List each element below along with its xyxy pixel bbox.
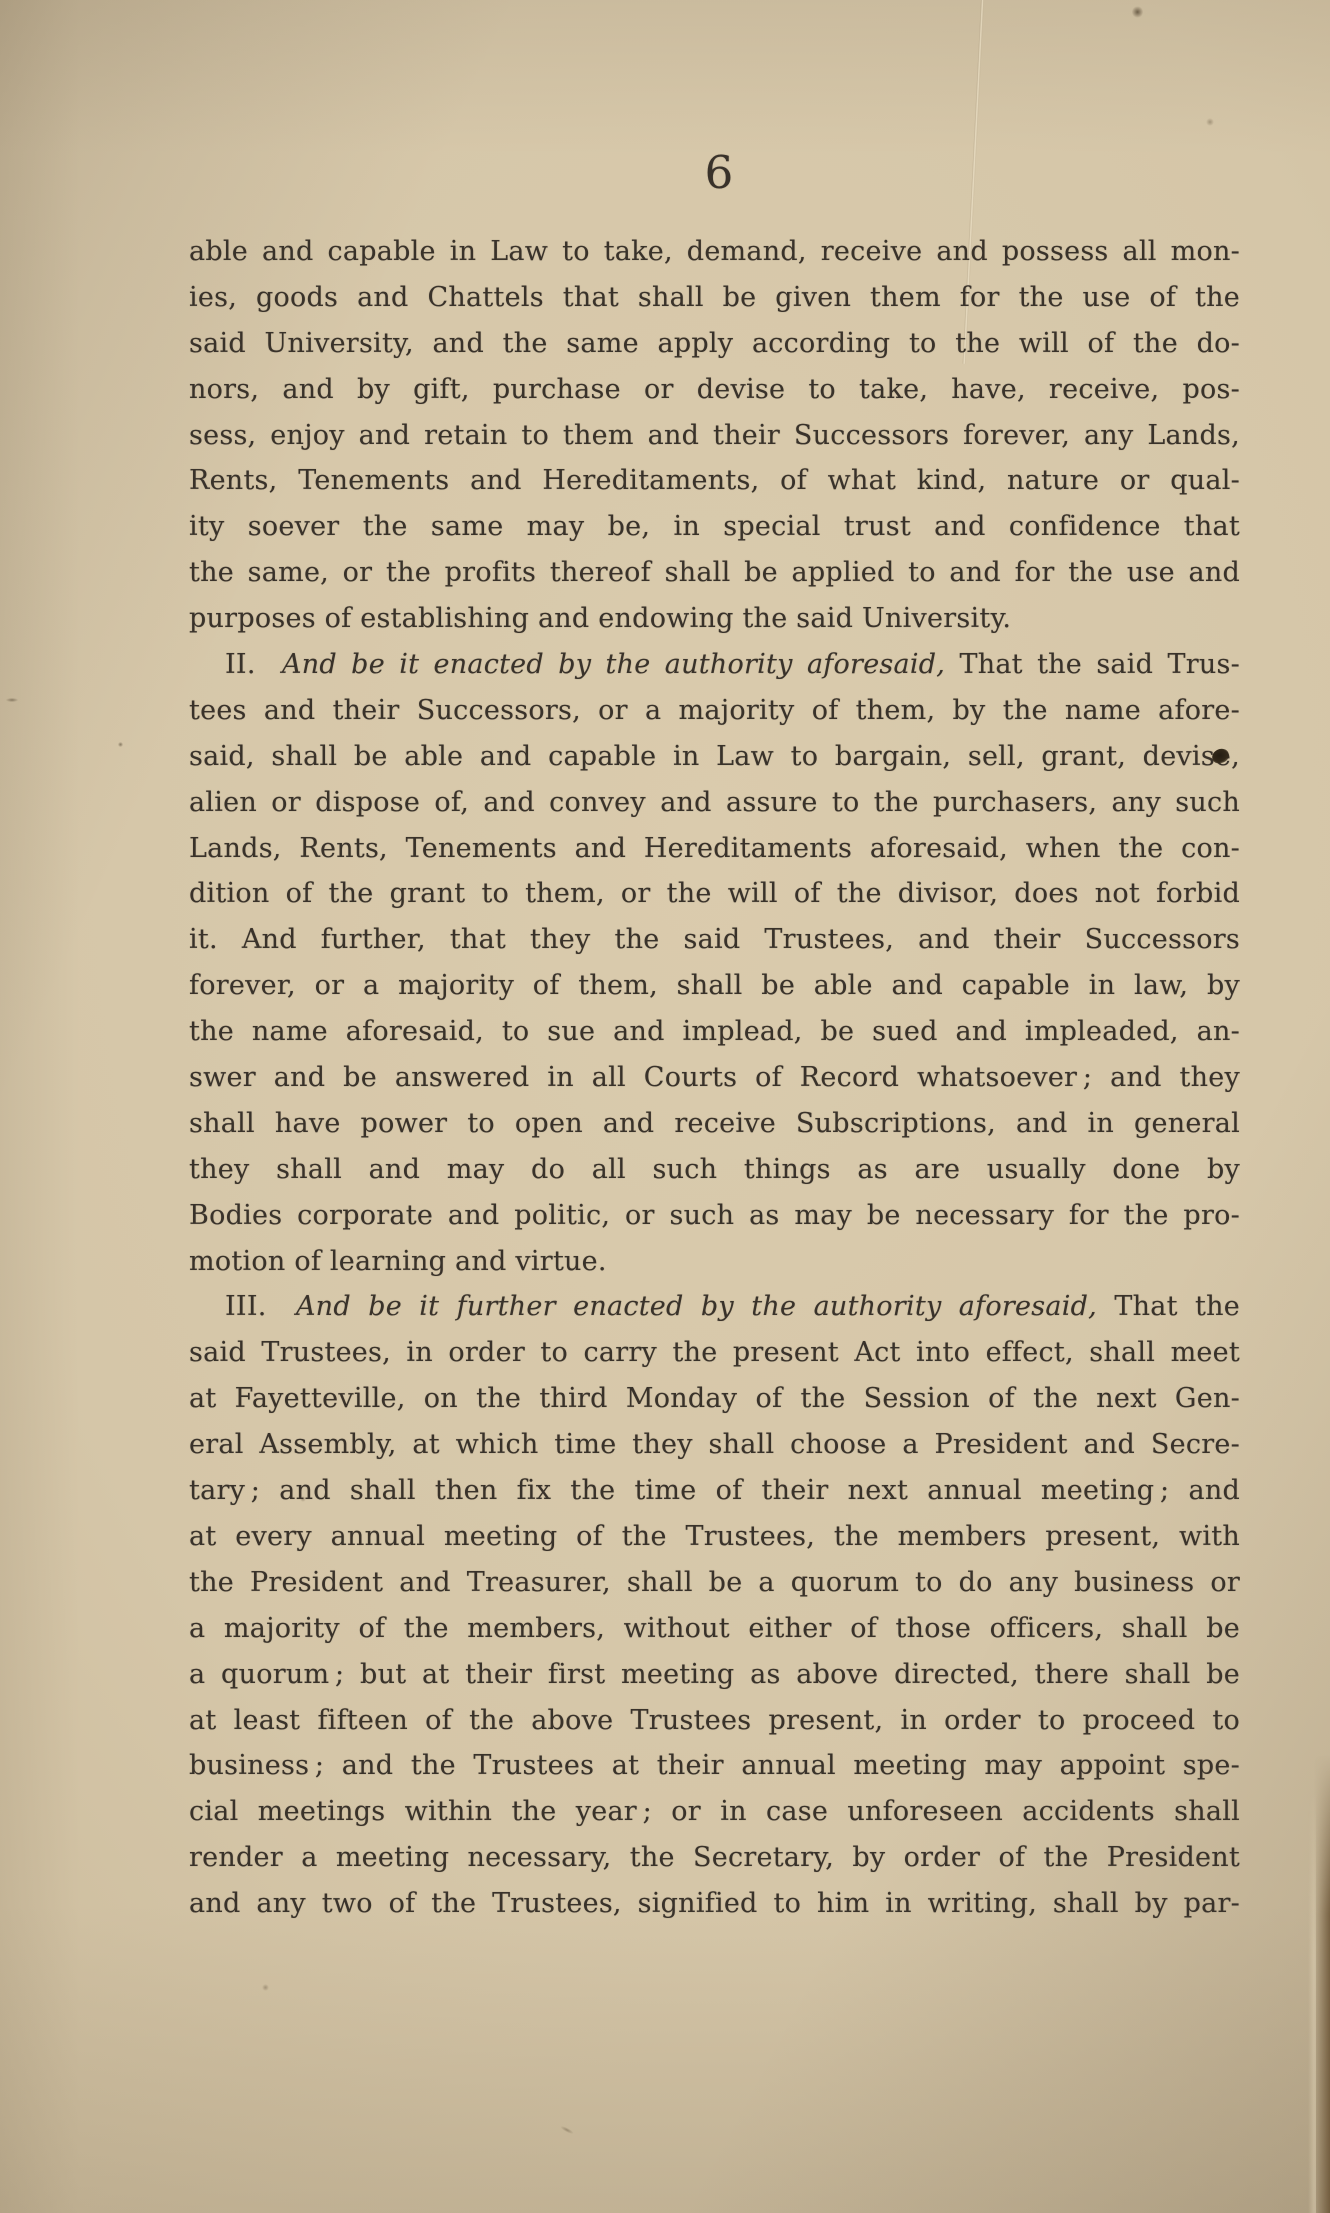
text-line: a majority of the members, without eithe… bbox=[189, 1606, 1240, 1652]
paper-speck bbox=[262, 1984, 269, 1991]
text-line: tees and their Successors, or a majority… bbox=[189, 688, 1240, 734]
text-segment: a majority of the members, without eithe… bbox=[189, 1613, 1240, 1644]
text-segment: purposes of establishing and endowing th… bbox=[189, 603, 1011, 634]
text-segment: the same, or the profits thereof shall b… bbox=[189, 557, 1240, 588]
text-segment: motion of learning and virtue. bbox=[189, 1246, 607, 1277]
text-segment: the name aforesaid, to sue and implead, … bbox=[189, 1016, 1240, 1047]
text-segment: III. bbox=[225, 1291, 267, 1322]
text-line: they shall and may do all such things as… bbox=[189, 1147, 1240, 1193]
text-segment: swer and be answered in all Courts of Re… bbox=[189, 1062, 1240, 1093]
text-line: said, shall be able and capable in Law t… bbox=[189, 734, 1240, 780]
paper-speck bbox=[1132, 6, 1143, 18]
text-segment: eral Assembly, at which time they shall … bbox=[189, 1429, 1240, 1460]
text-segment: the President and Treasurer, shall be a … bbox=[189, 1567, 1240, 1598]
text-line: alien or dispose of, and convey and assu… bbox=[189, 780, 1240, 826]
text-line: dition of the grant to them, or the will… bbox=[189, 871, 1240, 917]
text-line: at least fifteen of the above Trustees p… bbox=[189, 1698, 1240, 1744]
text-line: and any two of the Trustees, signified t… bbox=[189, 1881, 1240, 1927]
text-line: Lands, Rents, Tenements and Hereditament… bbox=[189, 826, 1240, 872]
text-segment: at every annual meeting of the Trustees,… bbox=[189, 1521, 1240, 1552]
enactment-clause-italic: And be it further enacted by the authori… bbox=[296, 1291, 1097, 1322]
text-block: able and capable in Law to take, demand,… bbox=[189, 229, 1240, 1927]
text-segment: tees and their Successors, or a majority… bbox=[189, 695, 1240, 726]
text-line: the name aforesaid, to sue and implead, … bbox=[189, 1009, 1240, 1055]
text-segment: ies, goods and Chattels that shall be gi… bbox=[189, 282, 1240, 313]
text-segment: said Trustees, in order to carry the pre… bbox=[189, 1337, 1240, 1368]
text-line: the President and Treasurer, shall be a … bbox=[189, 1560, 1240, 1606]
paper-speck bbox=[1206, 118, 1214, 126]
text-line: sess, enjoy and retain to them and their… bbox=[189, 413, 1240, 459]
text-line: said Trustees, in order to carry the pre… bbox=[189, 1330, 1240, 1376]
text-line: III. And be it further enacted by the au… bbox=[189, 1284, 1240, 1330]
text-line: at Fayetteville, on the third Monday of … bbox=[189, 1376, 1240, 1422]
text-line: II. And be it enacted by the authority a… bbox=[189, 642, 1240, 688]
text-line: swer and be answered in all Courts of Re… bbox=[189, 1055, 1240, 1101]
text-segment: alien or dispose of, and convey and assu… bbox=[189, 787, 1240, 818]
text-line: Bodies corporate and politic, or such as… bbox=[189, 1193, 1240, 1239]
text-segment: able and capable in Law to take, demand,… bbox=[189, 236, 1240, 267]
text-segment: they shall and may do all such things as… bbox=[189, 1154, 1240, 1185]
text-segment: Bodies corporate and politic, or such as… bbox=[189, 1200, 1240, 1231]
page-edge-shadow bbox=[1314, 1755, 1330, 2213]
text-segment: nors, and by gift, purchase or devise to… bbox=[189, 374, 1240, 405]
text-line: nors, and by gift, purchase or devise to… bbox=[189, 367, 1240, 413]
text-segment: ity soever the same may be, in special t… bbox=[189, 511, 1240, 542]
text-segment: That the said Trus- bbox=[959, 649, 1240, 680]
scanned-book-page: { "theme": { "paper_color": "#d5c6a8", "… bbox=[0, 0, 1330, 2213]
text-line: shall have power to open and receive Sub… bbox=[189, 1101, 1240, 1147]
text-line: tary ; and shall then fix the time of th… bbox=[189, 1468, 1240, 1514]
text-segment: at least fifteen of the above Trustees p… bbox=[189, 1705, 1240, 1736]
text-line: the same, or the profits thereof shall b… bbox=[189, 550, 1240, 596]
text-segment: business ; and the Trustees at their ann… bbox=[189, 1750, 1240, 1781]
text-line: cial meetings within the year ; or in ca… bbox=[189, 1789, 1240, 1835]
text-segment: dition of the grant to them, or the will… bbox=[189, 878, 1240, 909]
paper-speck bbox=[118, 742, 123, 747]
text-line: ies, goods and Chattels that shall be gi… bbox=[189, 275, 1240, 321]
text-segment: cial meetings within the year ; or in ca… bbox=[189, 1796, 1240, 1827]
paper-speck bbox=[6, 698, 18, 702]
text-line: a quorum ; but at their first meeting as… bbox=[189, 1652, 1240, 1698]
text-segment: said, shall be able and capable in Law t… bbox=[189, 741, 1240, 772]
text-segment: sess, enjoy and retain to them and their… bbox=[189, 420, 1240, 451]
text-line: forever, or a majority of them, shall be… bbox=[189, 963, 1240, 1009]
text-segment: II. bbox=[225, 649, 256, 680]
text-line: motion of learning and virtue. bbox=[189, 1239, 1240, 1285]
text-segment: shall have power to open and receive Sub… bbox=[189, 1108, 1240, 1139]
text-line: purposes of establishing and endowing th… bbox=[189, 596, 1240, 642]
text-segment: Lands, Rents, Tenements and Hereditament… bbox=[189, 833, 1240, 864]
text-segment: Rents, Tenements and Hereditaments, of w… bbox=[189, 465, 1240, 496]
text-segment: That the bbox=[1114, 1291, 1240, 1322]
text-line: business ; and the Trustees at their ann… bbox=[189, 1743, 1240, 1789]
enactment-clause-italic: And be it enacted by the authority afore… bbox=[282, 649, 945, 680]
text-segment: it. And further, that they the said Trus… bbox=[189, 924, 1240, 955]
text-line: at every annual meeting of the Trustees,… bbox=[189, 1514, 1240, 1560]
text-segment: at Fayetteville, on the third Monday of … bbox=[189, 1383, 1240, 1414]
text-line: ity soever the same may be, in special t… bbox=[189, 504, 1240, 550]
text-line: it. And further, that they the said Trus… bbox=[189, 917, 1240, 963]
text-segment: and any two of the Trustees, signified t… bbox=[189, 1888, 1240, 1919]
text-segment: a quorum ; but at their first meeting as… bbox=[189, 1659, 1240, 1690]
page-number: 6 bbox=[694, 153, 744, 193]
text-segment: forever, or a majority of them, shall be… bbox=[189, 970, 1240, 1001]
text-line: able and capable in Law to take, demand,… bbox=[189, 229, 1240, 275]
text-line: Rents, Tenements and Hereditaments, of w… bbox=[189, 458, 1240, 504]
text-line: said University, and the same apply acco… bbox=[189, 321, 1240, 367]
text-line: render a meeting necessary, the Secretar… bbox=[189, 1835, 1240, 1881]
text-line: eral Assembly, at which time they shall … bbox=[189, 1422, 1240, 1468]
text-segment: render a meeting necessary, the Secretar… bbox=[189, 1842, 1240, 1873]
text-segment: tary ; and shall then fix the time of th… bbox=[189, 1475, 1240, 1506]
text-segment: said University, and the same apply acco… bbox=[189, 328, 1240, 359]
